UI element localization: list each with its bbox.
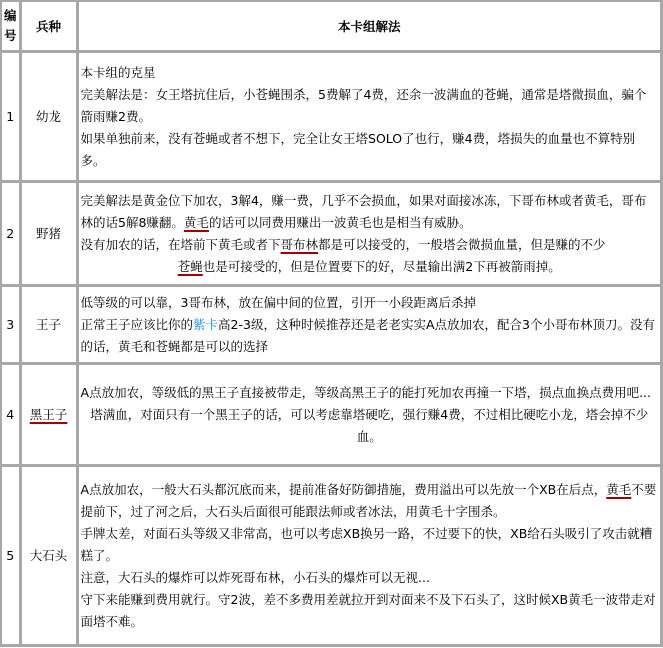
method-cell: 本卡组的克星 完美解法是：女王塔抗住后，小苍蝇围杀，5费解了4费，还余一波满血的… xyxy=(78,52,662,182)
method-paragraph: 完美解法是：女王塔抗住后，小苍蝇围杀，5费解了4费，还余一波满血的苍蝇，通常是塔… xyxy=(81,84,658,128)
table-row: 4 黑王子 A点放加农，等级低的黑王子直接被带走，等级高黑王子的能打死加农再撞一… xyxy=(1,364,662,466)
method-paragraph: 守下来能赚到费用就行。守2波，差不多费用差就拉开到对面来不及下石头了，这时候XB… xyxy=(81,589,658,633)
method-paragraph: 如果单独前来，没有苍蝇或者不想下，完全让女王塔SOLO了也行，赚4费，塔损失的血… xyxy=(81,128,658,172)
method-paragraph: A点放加农，一般大石头都沉底而来，提前准备好防御措施，费用溢出可以先放一个XB在… xyxy=(81,479,658,523)
unit-name: 大石头 xyxy=(21,466,78,646)
method-paragraph: 手牌太差，对面石头等级又非常高，也可以考虑XB换另一路，不过要下的快，XB给石头… xyxy=(81,523,658,567)
unit-link-yellow-hair[interactable]: 黄毛 xyxy=(184,215,209,230)
row-number: 4 xyxy=(1,364,21,466)
method-paragraph: A点放加农，等级低的黑王子直接被带走，等级高黑王子的能打死加农再撞一下塔，损点血… xyxy=(81,382,658,404)
header-unit: 兵种 xyxy=(21,1,78,52)
text-segment: 的话可以同费用赚出一波黄毛也是相当有威胁。 xyxy=(209,215,472,230)
method-paragraph: 苍蝇也是可接受的，但是位置要下的好，尽量输出满2下再被箭雨掉。 xyxy=(81,256,658,278)
unit-name: 黑王子 xyxy=(21,364,78,466)
unit-link-dark-prince[interactable]: 黑王子 xyxy=(30,407,68,422)
method-paragraph: 正常王子应该比你的紫卡高2-3级，这种时候推荐还是老老实实A点放加农，配合3个小… xyxy=(81,314,658,358)
table-row: 5 大石头 A点放加农，一般大石头都沉底而来，提前准备好防御措施，费用溢出可以先… xyxy=(1,466,662,646)
table-row: 2 野猪 完美解法是黄金位下加农，3解4，赚一费，几乎不会损血，如果对面接冰冻，… xyxy=(1,182,662,286)
header-method: 本卡组解法 xyxy=(78,1,662,52)
unit-name: 幼龙 xyxy=(21,52,78,182)
table-header-row: 编号 兵种 本卡组解法 xyxy=(1,1,662,52)
method-paragraph: 完美解法是黄金位下加农，3解4，赚一费，几乎不会损血，如果对面接冰冻，下哥布林或… xyxy=(81,190,658,234)
row-number: 5 xyxy=(1,466,21,646)
row-number: 2 xyxy=(1,182,21,286)
row-number: 3 xyxy=(1,286,21,364)
unit-link-goblin[interactable]: 哥布林 xyxy=(281,237,319,252)
card-deck-counter-table: 编号 兵种 本卡组解法 1 幼龙 本卡组的克星 完美解法是：女王塔抗住后，小苍蝇… xyxy=(0,0,663,647)
purple-card-link[interactable]: 紫卡 xyxy=(193,317,218,332)
text-segment: 也是可接受的，但是位置要下的好，尽量输出满2下再被箭雨掉。 xyxy=(203,259,561,274)
table-row: 1 幼龙 本卡组的克星 完美解法是：女王塔抗住后，小苍蝇围杀，5费解了4费，还余… xyxy=(1,52,662,182)
unit-name: 王子 xyxy=(21,286,78,364)
text-segment: A点放加农，一般大石头都沉底而来，提前准备好防御措施，费用溢出可以先放一个XB在… xyxy=(81,482,607,497)
table-row: 3 王子 低等级的可以靠，3哥布林，放在偏中间的位置，引开一小段距离后杀掉 正常… xyxy=(1,286,662,364)
method-cell: 低等级的可以靠，3哥布林，放在偏中间的位置，引开一小段距离后杀掉 正常王子应该比… xyxy=(78,286,662,364)
row-number: 1 xyxy=(1,52,21,182)
method-paragraph: 塔满血，对面只有一个黑王子的话，可以考虑靠塔硬吃，强行赚4费，不过相比硬吃小龙，… xyxy=(81,404,658,448)
unit-link-minions[interactable]: 苍蝇 xyxy=(178,259,203,274)
method-cell: 完美解法是黄金位下加农，3解4，赚一费，几乎不会损血，如果对面接冰冻，下哥布林或… xyxy=(78,182,662,286)
text-segment: 没有加农的话，在塔前下黄毛或者下 xyxy=(81,237,281,252)
unit-name: 野猪 xyxy=(21,182,78,286)
text-segment: 正常王子应该比你的 xyxy=(81,317,194,332)
method-paragraph: 低等级的可以靠，3哥布林，放在偏中间的位置，引开一小段距离后杀掉 xyxy=(81,292,658,314)
header-number: 编号 xyxy=(1,1,21,52)
method-cell: A点放加农，等级低的黑王子直接被带走，等级高黑王子的能打死加农再撞一下塔，损点血… xyxy=(78,364,662,466)
method-paragraph: 本卡组的克星 xyxy=(81,62,658,84)
method-cell: A点放加农，一般大石头都沉底而来，提前准备好防御措施，费用溢出可以先放一个XB在… xyxy=(78,466,662,646)
method-paragraph: 注意，大石头的爆炸可以炸死哥布林，小石头的爆炸可以无视... xyxy=(81,567,658,589)
unit-link-yellow-hair[interactable]: 黄毛 xyxy=(606,482,631,497)
text-segment: 都是可以接受的，一般塔会微损血量，但是赚的不少 xyxy=(318,237,606,252)
method-paragraph: 没有加农的话，在塔前下黄毛或者下哥布林都是可以接受的，一般塔会微损血量，但是赚的… xyxy=(81,234,658,256)
